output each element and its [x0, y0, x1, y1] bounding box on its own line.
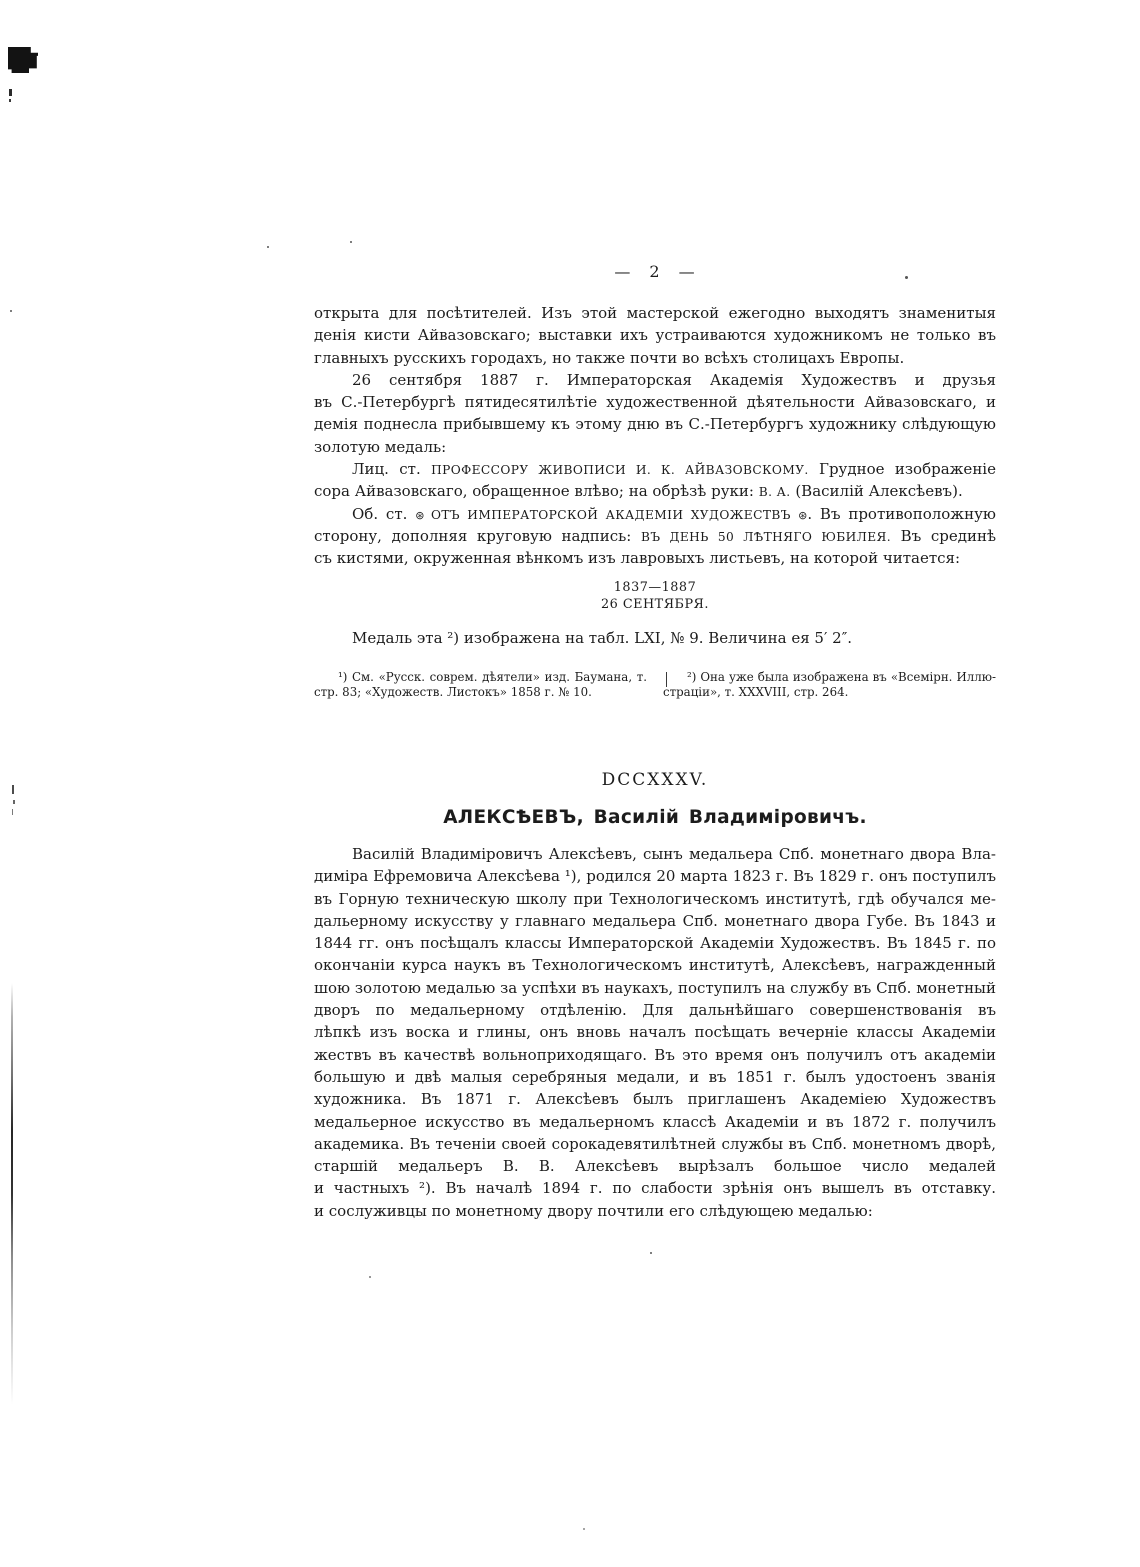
paragraph-medal-obverse: Лиц. ст. ПРОФЕССОРУ ЖИВОПИСИ И. К. АЙВАЗ… [314, 458, 996, 503]
text-line: художника. Въ 1871 г. Алексѣевъ былъ при… [314, 1088, 996, 1110]
text-line: лѣпкѣ изъ воска и глины, онъ вновь начал… [314, 1021, 996, 1043]
entry-title: АЛЕКСѢЕВЪ, Василій Владиміровичъ. [314, 806, 996, 830]
text-run: Медаль эта ²) изображена на табл. LXI, №… [352, 629, 852, 647]
scan-ink-blob [8, 47, 38, 73]
text-run: ВЪ ДЕНЬ 50 ЛѢТНЯГО ЮБИЛЕЯ. [641, 530, 891, 544]
text-run: Лиц. ст. [352, 460, 431, 478]
text-line: сторону, дополняя круговую надпись: ВЪ Д… [314, 525, 996, 547]
text-run: (Василій Алексѣевъ). [791, 482, 963, 500]
text-line: шою золотою медалью за успѣхи въ наукахъ… [314, 977, 996, 999]
text-line: Об. ст. ⊛ ОТЪ ИМПЕРАТОРСКОЙ АКАДЕМІИ ХУД… [314, 503, 996, 525]
text-line: въ С.-Петербургѣ пятидесятилѣтіе художес… [314, 391, 996, 413]
text-run: въ Горную техническую школу при Технолог… [314, 890, 996, 908]
text-run: главныхъ русскихъ городахъ, но также поч… [314, 349, 904, 367]
text-line: диміра Ефремовича Алексѣева ¹), родился … [314, 865, 996, 887]
text-run: и сослуживцы по монетному двору почтили … [314, 1202, 873, 1220]
text-line: 26 сентября 1887 г. Императорская Академ… [314, 369, 996, 391]
scan-mark [9, 99, 11, 102]
text-run: окончаніи курса наукъ въ Технологическом… [314, 956, 996, 976]
text-line: дальерному искусству у главнаго медальер… [314, 910, 996, 932]
text-run: въ С.-Петербургѣ пятидесятилѣтіе художес… [314, 393, 996, 413]
text-run: 1844 гг. онъ посѣщалъ классы Императорск… [314, 934, 996, 952]
text-run: большую и двѣ малыя серебряныя медали, и… [314, 1068, 996, 1088]
text-line: въ Горную техническую школу при Технолог… [314, 888, 996, 910]
text-run: сторону, дополняя круговую надпись: [314, 527, 641, 545]
text-line: большую и двѣ малыя серебряныя медали, и… [314, 1066, 996, 1088]
text-run: медальерное искусство въ медальерномъ кл… [314, 1113, 996, 1133]
text-run: дальерному искусству у главнаго медальер… [314, 912, 996, 930]
main-text-block: открыта для посѣтителей. Изъ этой мастер… [314, 302, 996, 701]
paragraph-medal-reverse: Об. ст. ⊛ ОТЪ ИМПЕРАТОРСКОЙ АКАДЕМІИ ХУД… [314, 503, 996, 570]
medal-inscription: 1837—1887 26 СЕНТЯБРЯ. [314, 579, 996, 613]
scan-mark [12, 785, 14, 794]
text-run: художника. Въ 1871 г. Алексѣевъ былъ при… [314, 1090, 996, 1110]
text-line: демія поднесла прибывшему къ этому дню в… [314, 413, 996, 435]
text-line: дворъ по медальерному отдѣленію. Для дал… [314, 999, 996, 1021]
entry-number: DCCXXXV. [314, 769, 996, 791]
footnote-column-divider [666, 672, 667, 687]
text-line: ²) Она уже была изображена въ «Всемірн. … [663, 670, 996, 686]
text-line: жествъ въ качествѣ вольноприходящаго. Въ… [314, 1044, 996, 1066]
medal-inscription-date: 26 СЕНТЯБРЯ. [314, 596, 996, 613]
text-run: шою золотою медалью за успѣхи въ наукахъ… [314, 979, 996, 997]
text-run: В. А. [759, 485, 791, 499]
text-run: Об. ст. [352, 505, 415, 523]
scan-speck [583, 1528, 585, 1530]
text-run: ¹) См. «Русск. соврем. дѣятели» изд. Бау… [314, 670, 647, 686]
text-line: Медаль эта ²) изображена на табл. LXI, №… [314, 627, 996, 649]
medal-inscription-years: 1837—1887 [314, 579, 996, 596]
text-line: медальерное искусство въ медальерномъ кл… [314, 1111, 996, 1133]
footnote-1: ¹) См. «Русск. соврем. дѣятели» изд. Бау… [314, 670, 647, 701]
text-line: главныхъ русскихъ городахъ, но также поч… [314, 347, 996, 369]
text-run: съ кистями, окруженная вѣнкомъ изъ лавро… [314, 549, 960, 567]
text-run: золотую медаль: [314, 438, 446, 456]
text-line: и сослуживцы по монетному двору почтили … [314, 1200, 996, 1222]
rosette-ornament: ⊛ [798, 509, 807, 522]
text-run: дворъ по медальерному отдѣленію. Для дал… [314, 1001, 996, 1021]
text-line: окончаніи курса наукъ въ Технологическом… [314, 954, 996, 976]
rosette-ornament: ⊛ [415, 509, 431, 522]
footnote-2: ²) Она уже была изображена въ «Всемірн. … [663, 670, 996, 701]
scan-speck [350, 241, 352, 243]
text-line: денія кисти Айвазовскаго; выставки ихъ у… [314, 324, 996, 346]
page-number: — 2 — [314, 262, 996, 281]
text-run: Василій Владиміровичъ Алексѣевъ, сынъ ме… [352, 845, 996, 863]
text-line: сора Айвазовскаго, обращенное влѣво; на … [314, 480, 996, 502]
text-run: денія кисти Айвазовскаго; выставки ихъ у… [314, 326, 996, 344]
scan-mark [12, 809, 13, 815]
text-line: старшій медальеръ В. В. Алексѣевъ вырѣза… [314, 1155, 996, 1177]
scan-speck [650, 1252, 652, 1254]
text-run: диміра Ефремовича Алексѣева ¹), родился … [314, 867, 996, 885]
scan-speck [10, 310, 12, 312]
text-run: ПРОФЕССОРУ ЖИВОПИСИ И. К. АЙВАЗОВСКОМУ. [431, 463, 809, 477]
text-line: страціи», т. XXXVIII, стр. 264. [663, 685, 996, 701]
medal-reference: Медаль эта ²) изображена на табл. LXI, №… [314, 627, 996, 649]
text-run: жествъ въ качествѣ вольноприходящаго. Въ… [314, 1046, 996, 1066]
text-line: и частныхъ ²). Въ началѣ 1894 г. по слаб… [314, 1177, 996, 1199]
text-run: лѣпкѣ изъ воска и глины, онъ вновь начал… [314, 1023, 996, 1043]
text-run: . Въ противоположную [807, 505, 996, 523]
text-line: 1844 гг. онъ посѣщалъ классы Императорск… [314, 932, 996, 954]
text-run: академика. Въ теченіи своей сорокадевяти… [314, 1135, 996, 1153]
text-run: сора Айвазовскаго, обращенное влѣво; на … [314, 482, 759, 500]
text-run: ОТЪ ИМПЕРАТОРСКОЙ АКАДЕМІИ ХУДОЖЕСТВЪ [431, 508, 798, 522]
biography-paragraph: Василій Владиміровичъ Алексѣевъ, сынъ ме… [314, 843, 996, 1222]
scan-speck [369, 1276, 371, 1278]
text-run: страціи», т. XXXVIII, стр. 264. [663, 685, 848, 699]
text-line: академика. Въ теченіи своей сорокадевяти… [314, 1133, 996, 1155]
text-line: Василій Владиміровичъ Алексѣевъ, сынъ ме… [314, 843, 996, 865]
text-line: ¹) См. «Русск. соврем. дѣятели» изд. Бау… [314, 670, 647, 686]
scan-speck [267, 246, 269, 248]
paragraph-anniversary: 26 сентября 1887 г. Императорская Академ… [314, 369, 996, 458]
text-run: демія поднесла прибывшему къ этому дню в… [314, 415, 996, 433]
text-run: старшій медальеръ В. В. Алексѣевъ вырѣза… [314, 1157, 996, 1177]
text-line: Лиц. ст. ПРОФЕССОРУ ЖИВОПИСИ И. К. АЙВАЗ… [314, 458, 996, 480]
scanned-page: — 2 — открыта для посѣтителей. Изъ этой … [0, 0, 1140, 1567]
scan-mark [13, 800, 15, 804]
paragraph-continuation: открыта для посѣтителей. Изъ этой мастер… [314, 302, 996, 369]
entry-section: DCCXXXV. АЛЕКСѢЕВЪ, Василій Владимірович… [314, 769, 996, 1222]
footnotes: ¹) См. «Русск. соврем. дѣятели» изд. Бау… [314, 670, 996, 701]
text-line: съ кистями, окруженная вѣнкомъ изъ лавро… [314, 547, 996, 569]
text-run: и частныхъ ²). Въ началѣ 1894 г. по слаб… [314, 1179, 996, 1199]
text-line: золотую медаль: [314, 436, 996, 458]
text-line: открыта для посѣтителей. Изъ этой мастер… [314, 302, 996, 324]
scan-scratch-line [11, 983, 13, 1405]
text-run: 26 сентября 1887 г. Императорская Академ… [314, 371, 996, 391]
text-line: стр. 83; «Художеств. Листокъ» 1858 г. № … [314, 685, 647, 701]
text-run: открыта для посѣтителей. Изъ этой мастер… [314, 304, 996, 324]
text-run: ²) Она уже была изображена въ «Всемірн. … [687, 670, 996, 684]
text-run: стр. 83; «Художеств. Листокъ» 1858 г. № … [314, 685, 592, 699]
scan-mark [9, 89, 12, 96]
